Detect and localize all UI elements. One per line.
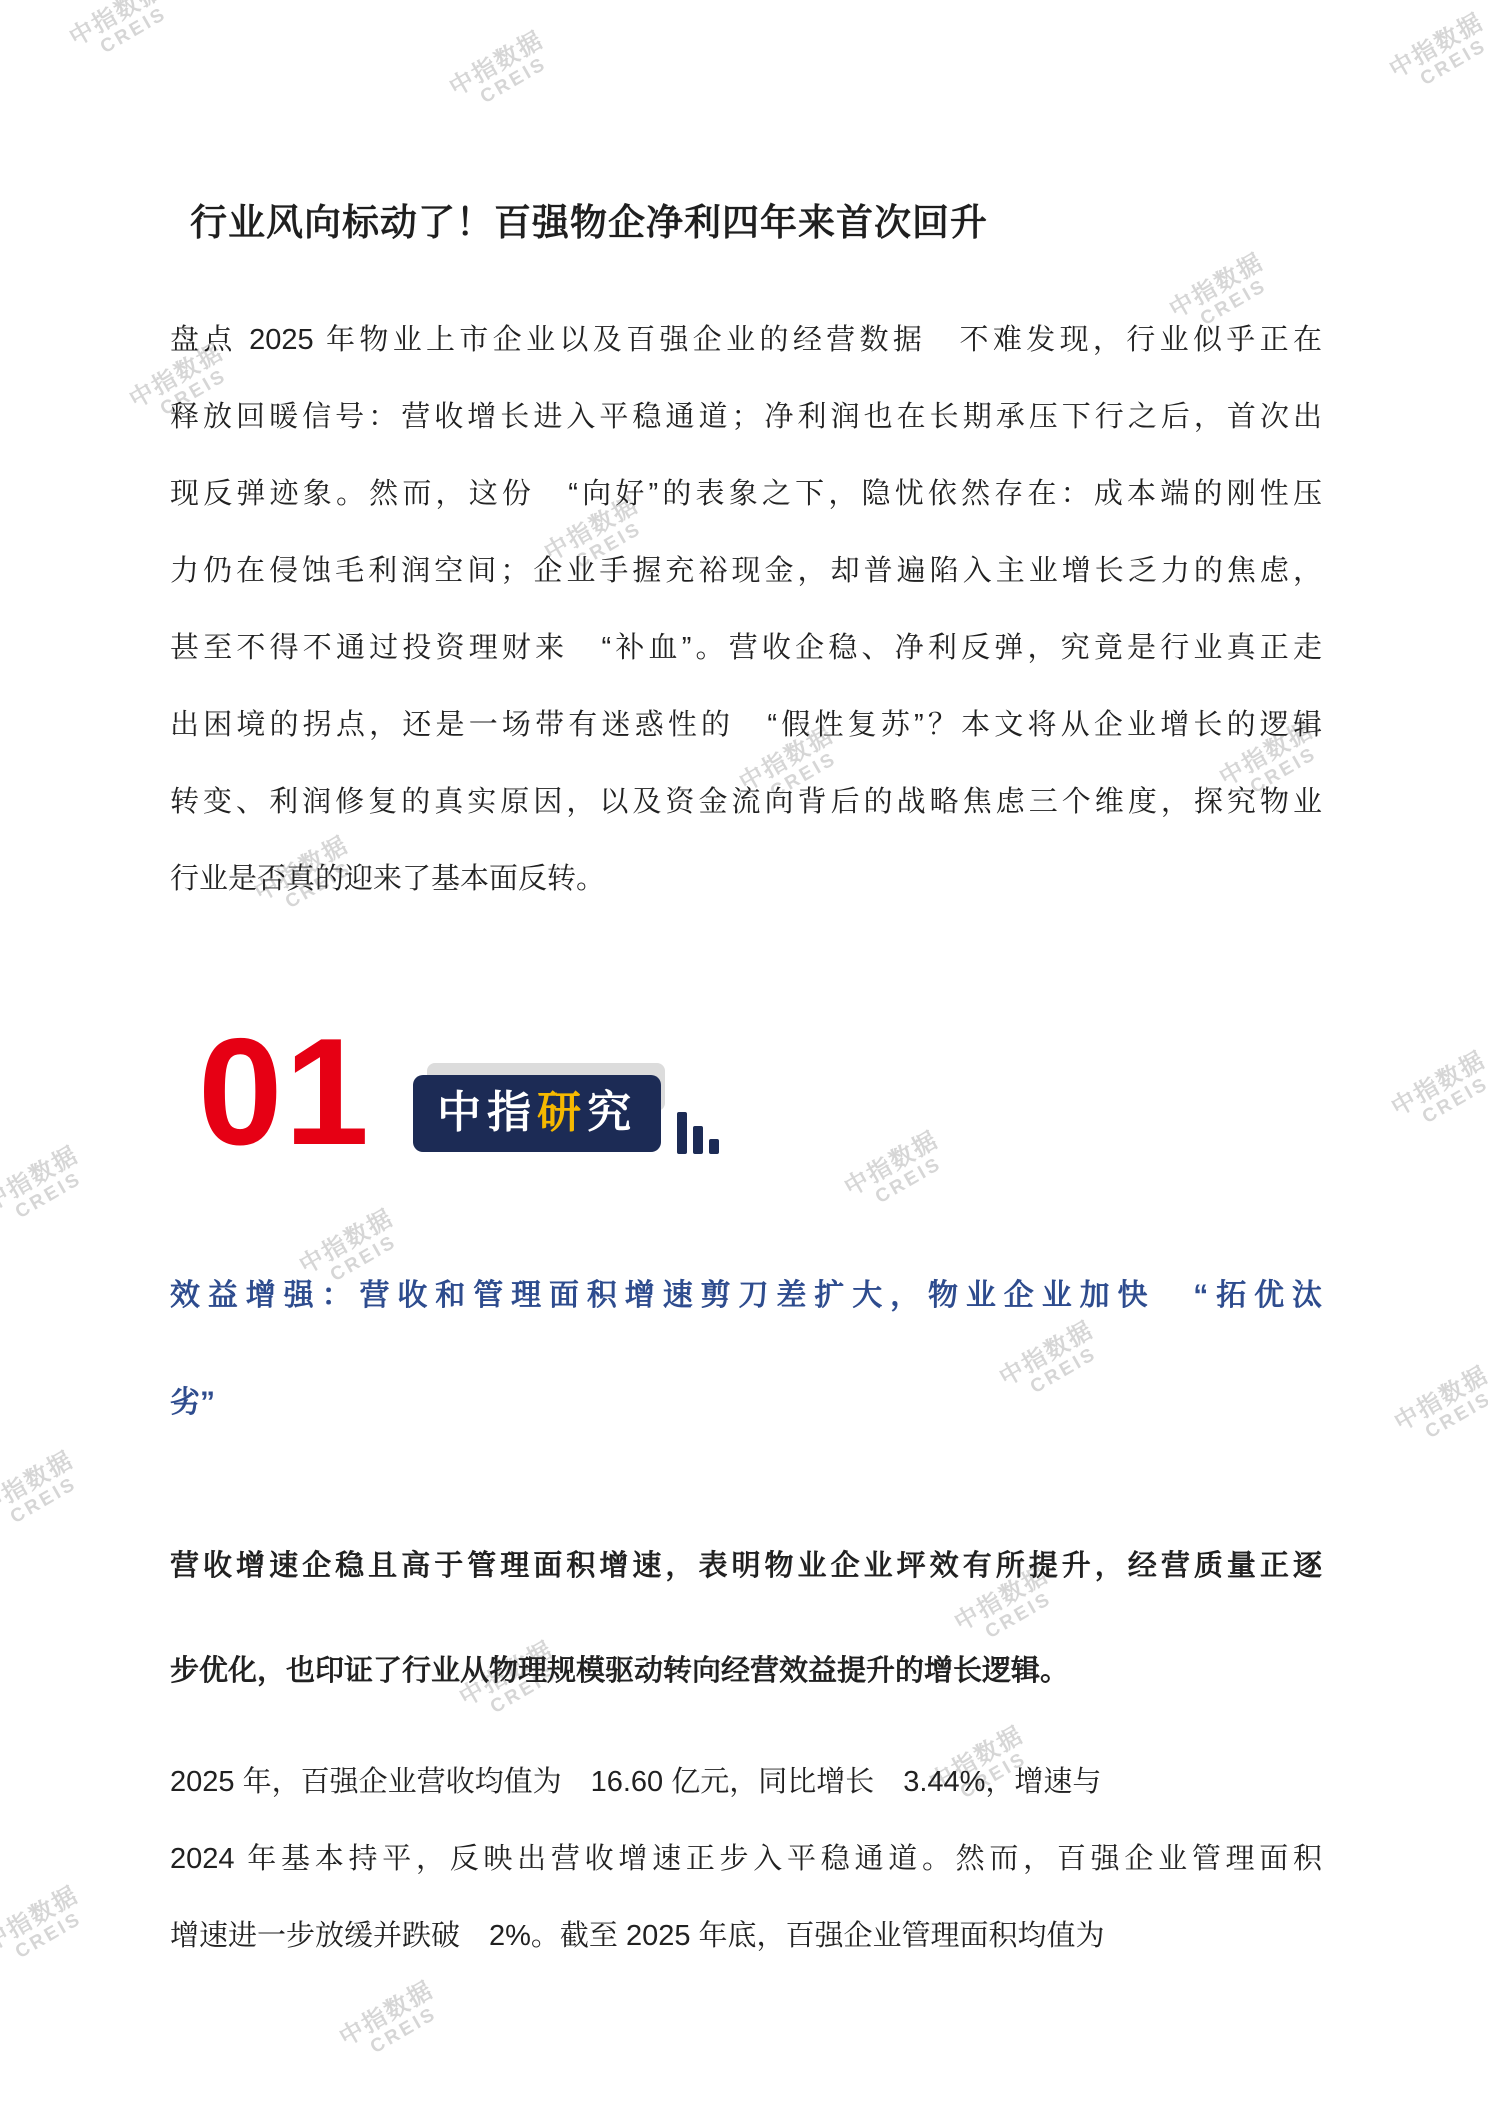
zhongzhi-research-badge: 中指研究 — [413, 1075, 661, 1152]
intro-line: 现反弹迹象。然而，这份 “向好”的表象之下，隐忧依然存在：成本端的刚性压 — [170, 456, 1322, 533]
zhongzhi-research-logo: 中指研究 — [413, 1075, 661, 1152]
subheading-line: 劣” — [170, 1349, 1322, 1456]
bar-chart-icon — [677, 1112, 725, 1154]
intro-line: 释放回暖信号：营收增长进入平稳通道；净利润也在长期承压下行之后，首次出 — [170, 379, 1322, 456]
section-01-header: 01 中指研究 — [170, 1016, 1322, 1168]
badge-text-gold: 研 — [537, 1088, 587, 1139]
watermark: 中指数据CREIS — [1387, 1047, 1488, 1139]
article: 行业风向标动了！百强物企净利四年来首次回升 盘点 2025 年物业上市企业以及百… — [170, 0, 1322, 1975]
intro-paragraph: 盘点 2025 年物业上市企业以及百强企业的经营数据 不难发现，行业似乎正在 释… — [170, 302, 1322, 918]
intro-line: 盘点 2025 年物业上市企业以及百强企业的经营数据 不难发现，行业似乎正在 — [170, 302, 1322, 379]
intro-line: 力仍在侵蚀毛利润空间；企业手握充裕现金，却普遍陷入主业增长乏力的焦虑， — [170, 533, 1322, 610]
document-page: 中指数据CREIS中指数据CREIS中指数据CREIS中指数据CREIS中指数据… — [0, 0, 1488, 2104]
watermark: 中指数据CREIS — [0, 1142, 94, 1234]
intro-line: 出困境的拐点，还是一场带有迷惑性的 “假性复苏”？本文将从企业增长的逻辑 — [170, 687, 1322, 764]
emphasis-line: 步优化，也印证了行业从物理规模驱动转向经营效益提升的增长逻辑。 — [170, 1619, 1322, 1724]
badge-text: 中指 — [437, 1088, 537, 1139]
watermark: 中指数据CREIS — [65, 0, 178, 69]
intro-line: 转变、利润修复的真实原因，以及资金流向背后的战略焦虑三个维度，探究物业 — [170, 764, 1322, 841]
body-line: 2024 年基本持平，反映出营收增速正步入平稳通道。然而，百强企业管理面积 — [170, 1821, 1322, 1898]
body-line: 2025 年，百强企业营收均值为 16.60 亿元，同比增长 3.44%，增速与 — [170, 1744, 1322, 1821]
subheading-line: 效益增强：营收和管理面积增速剪刀差扩大，物业企业加快 “拓优汰 — [170, 1242, 1322, 1349]
watermark: 中指数据CREIS — [0, 1882, 94, 1974]
watermark: 中指数据CREIS — [1390, 1362, 1488, 1454]
intro-line: 甚至不得不通过投资理财来 “补血”。营收企稳、净利反弹，究竟是行业真正走 — [170, 610, 1322, 687]
article-title: 行业风向标动了！百强物企净利四年来首次回升 — [190, 192, 1322, 246]
emphasis-line: 营收增速企稳且高于管理面积增速，表明物业企业坪效有所提升，经营质量正逐 — [170, 1514, 1322, 1619]
body-paragraph: 2025 年，百强企业营收均值为 16.60 亿元，同比增长 3.44%，增速与… — [170, 1744, 1322, 1975]
watermark: 中指数据CREIS — [1385, 9, 1488, 101]
intro-line: 行业是否真的迎来了基本面反转。 — [170, 841, 1322, 918]
section-subheading: 效益增强：营收和管理面积增速剪刀差扩大，物业企业加快 “拓优汰 劣” — [170, 1242, 1322, 1456]
emphasis-paragraph: 营收增速企稳且高于管理面积增速，表明物业企业坪效有所提升，经营质量正逐 步优化，… — [170, 1514, 1322, 1724]
watermark: 中指数据CREIS — [0, 1447, 89, 1539]
watermark: 中指数据CREIS — [335, 1977, 448, 2069]
body-line: 增速进一步放缓并跌破 2%。截至 2025 年底，百强企业管理面积均值为 — [170, 1898, 1322, 1975]
badge-text: 究 — [587, 1088, 637, 1139]
section-number: 01 — [198, 1016, 371, 1168]
